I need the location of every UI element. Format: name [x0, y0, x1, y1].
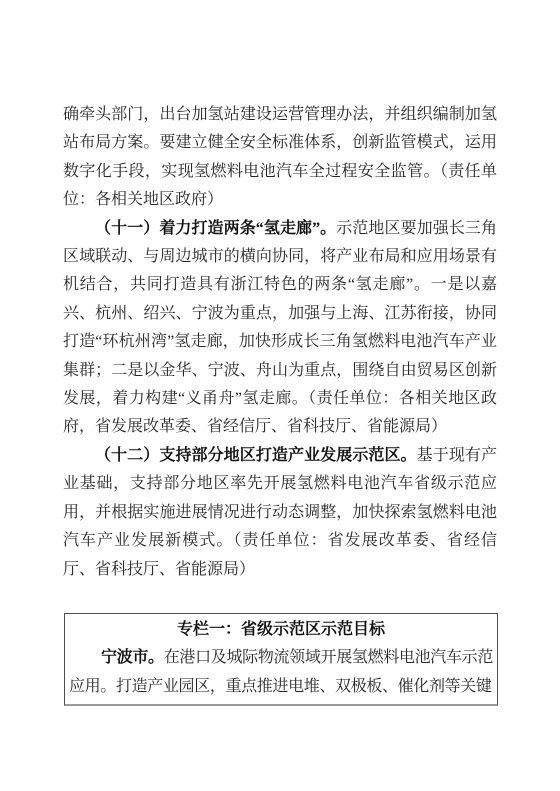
document-body: 确牵头部门，出台加氢站建设运营管理办法，并组织编制加氢站布局方案。要建立健全安全…: [63, 101, 497, 706]
bold-text-run: （十二）支持部分地区打造产业发展示范区。: [95, 447, 417, 464]
document-page: 确牵头部门，出台加氢站建设运营管理办法，并组织编制加氢站布局方案。要建立健全安全…: [0, 0, 560, 791]
callout-box: 专栏一：省级示范区示范目标 宁波市。在港口及城际物流领域开展氢燃料电池汽车示范应…: [64, 613, 498, 706]
body-paragraph: 确牵头部门，出台加氢站建设运营管理办法，并组织编制加氢站布局方案。要建立健全安全…: [63, 101, 497, 215]
bold-text-run: （十一）着力打造两条“氢走廊”。: [95, 220, 336, 237]
body-text: 确牵头部门，出台加氢站建设运营管理办法，并组织编制加氢站布局方案。要建立健全安全…: [63, 101, 497, 584]
callout-box-title: 专栏一：省级示范区示范目标: [69, 616, 493, 644]
text-run: 确牵头部门，出台加氢站建设运营管理办法，并组织编制加氢站布局方案。要建立健全安全…: [63, 106, 497, 208]
callout-paragraph: 宁波市。在港口及城际物流领域开展氢燃料电池汽车示范应用。打造产业园区，重点推进电…: [69, 644, 493, 701]
text-run: 基于现有产业基础，支持部分地区率先开展氢燃料电池汽车省级示范应用，并根据实施进展…: [63, 447, 497, 578]
body-paragraph: （十二）支持部分地区打造产业发展示范区。基于现有产业基础，支持部分地区率先开展氢…: [63, 442, 497, 584]
text-run: 示范地区要加强长三角区域联动、与周边城市的横向协同，将产业布局和应用场景有机结合…: [63, 220, 497, 436]
bold-text-run: 宁波市。: [101, 649, 164, 666]
body-paragraph: （十一）着力打造两条“氢走廊”。示范地区要加强长三角区域联动、与周边城市的横向协…: [63, 215, 497, 442]
callout-box-text: 宁波市。在港口及城际物流领域开展氢燃料电池汽车示范应用。打造产业园区，重点推进电…: [69, 644, 493, 701]
